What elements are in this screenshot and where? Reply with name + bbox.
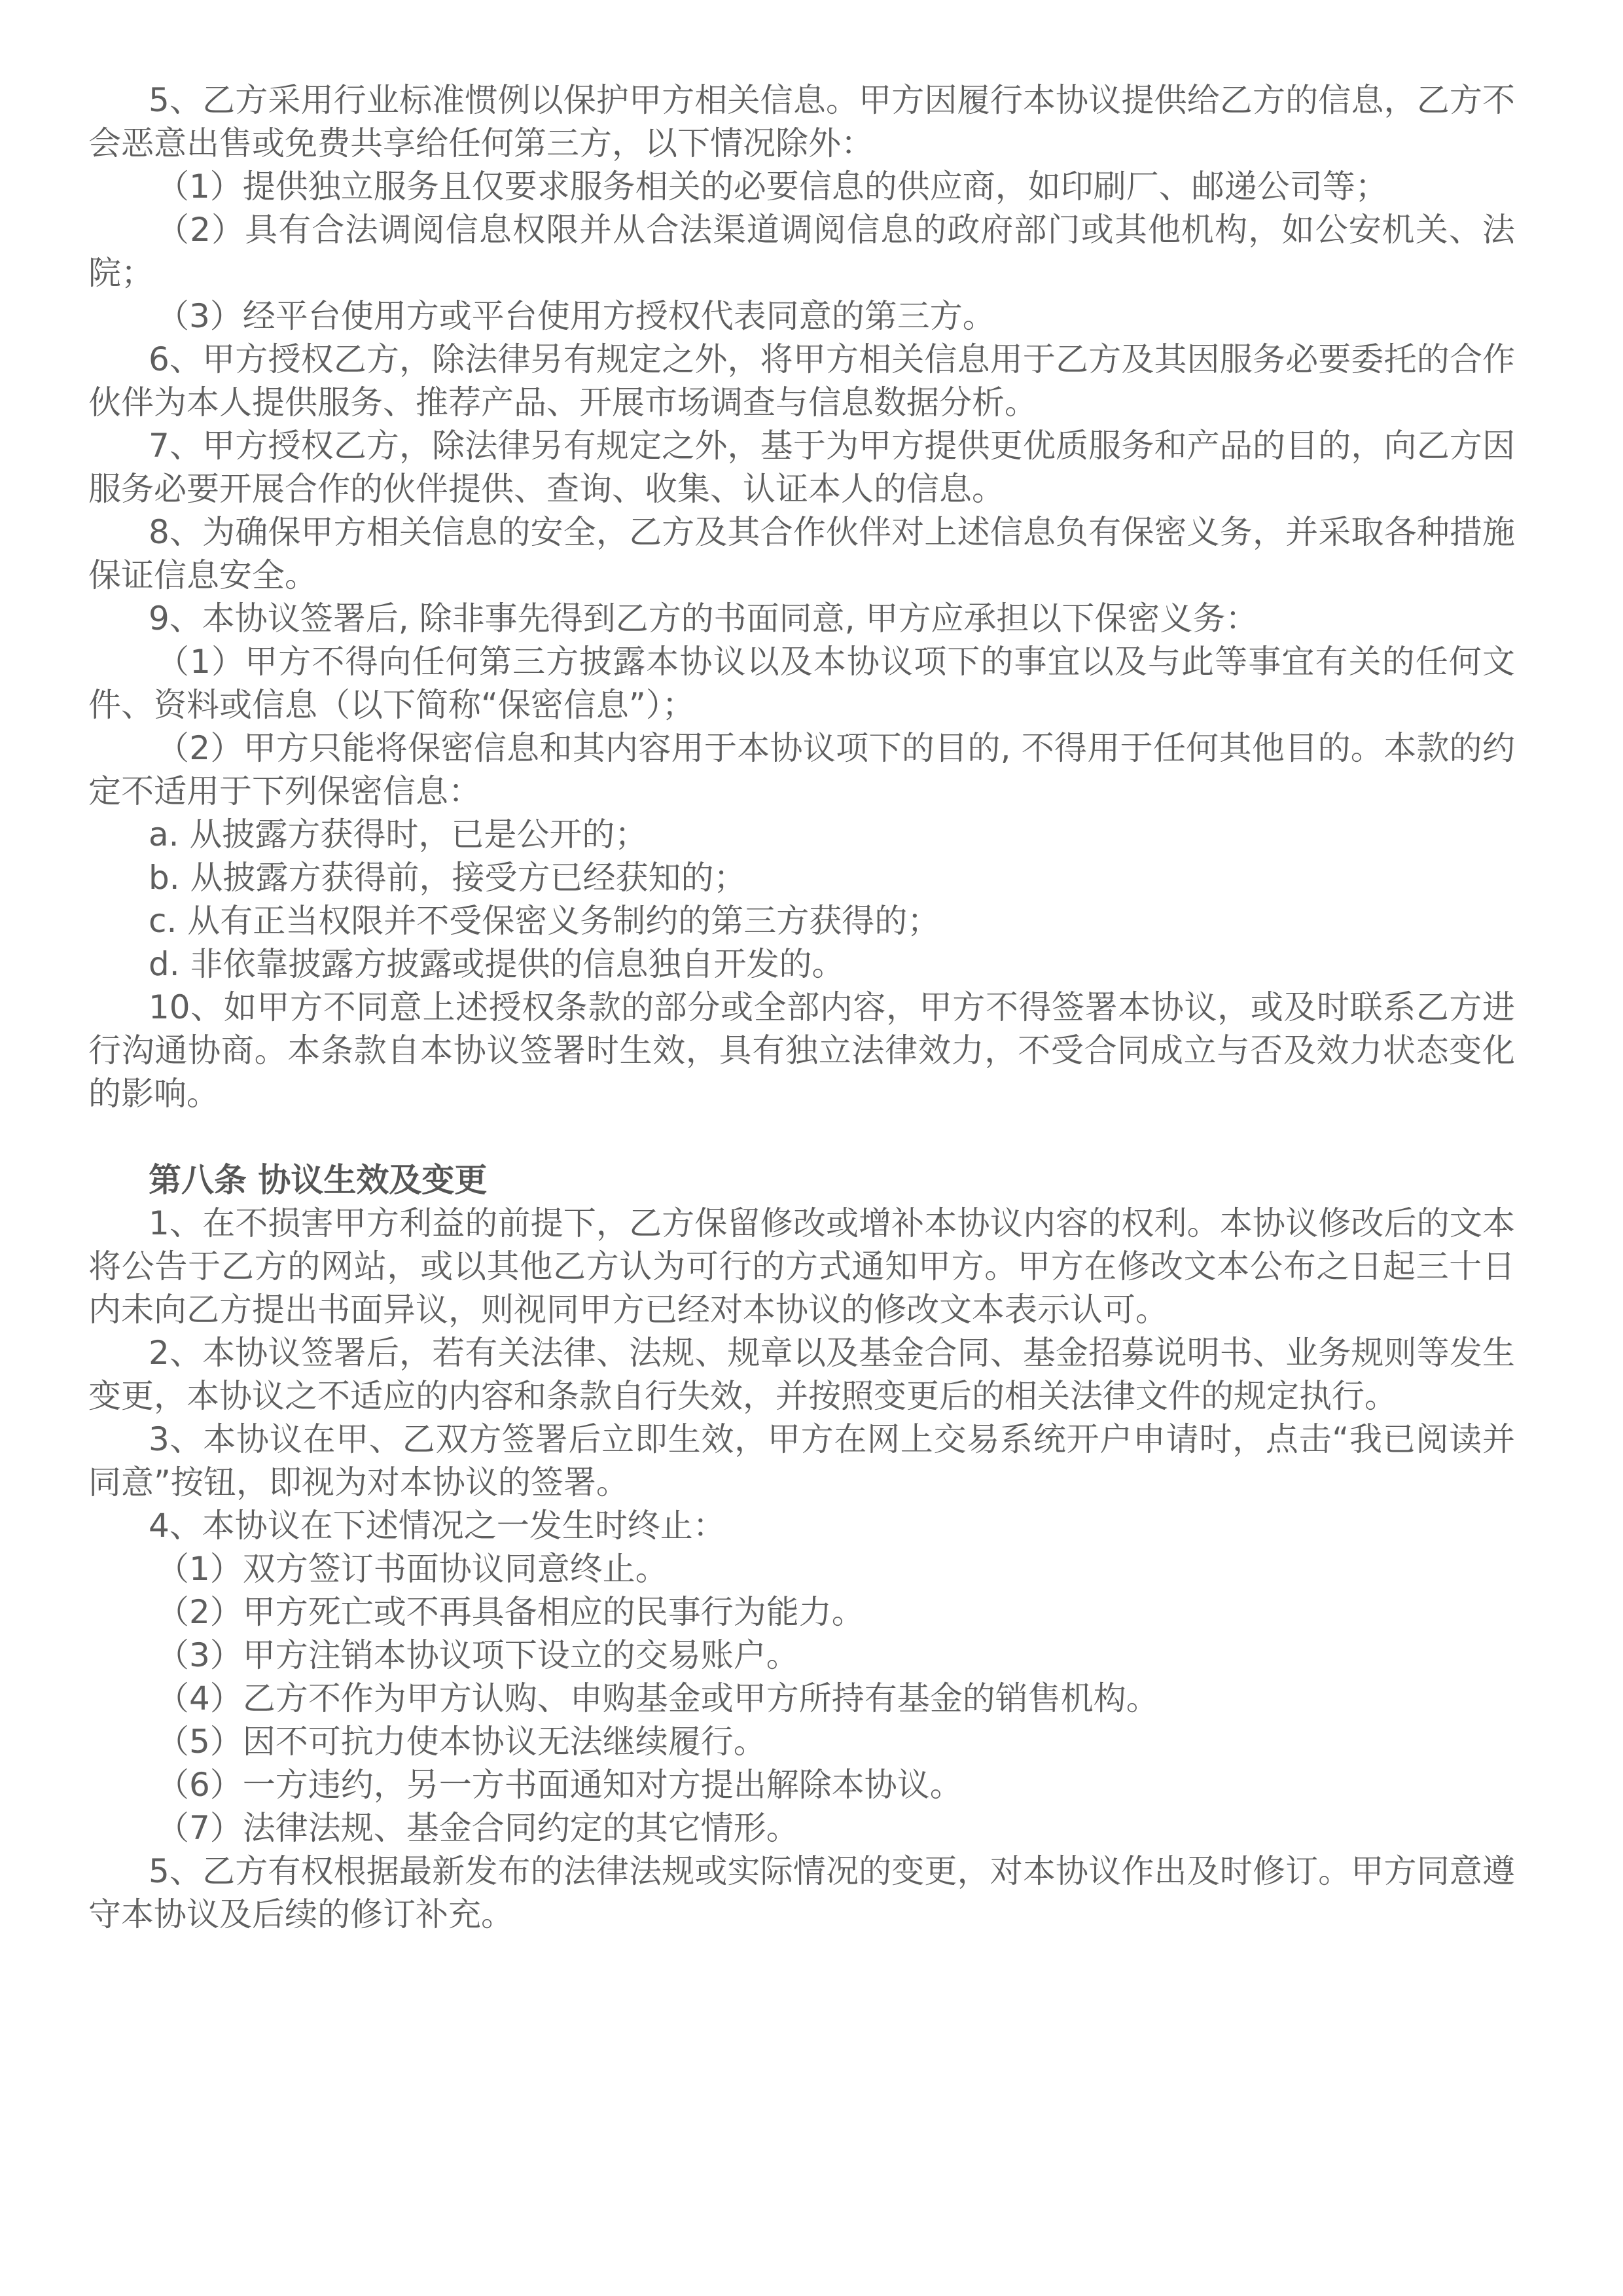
clause-8-2: 2、本协议签署后，若有关法律、法规、规章以及基金合同、基金招募说明书、业务规则等…	[88, 1331, 1515, 1418]
clause-8-4-sub-6: （6）一方违约，另一方书面通知对方提出解除本协议。	[88, 1763, 1515, 1806]
clause-7-5: 5、乙方采用行业标准惯例以保护甲方相关信息。甲方因履行本协议提供给乙方的信息，乙…	[88, 79, 1515, 165]
clause-7-5-sub-1: （1）提供独立服务且仅要求服务相关的必要信息的供应商，如印刷厂、邮递公司等；	[88, 165, 1515, 208]
clause-7-7: 7、甲方授权乙方，除法律另有规定之外，基于为甲方提供更优质服务和产品的目的，向乙…	[88, 424, 1515, 511]
clause-7-5-sub-3: （3）经平台使用方或平台使用方授权代表同意的第三方。	[88, 295, 1515, 338]
clause-7-9-exception-a: a. 从披露方获得时，已是公开的；	[88, 813, 1515, 856]
document-page: 5、乙方采用行业标准惯例以保护甲方相关信息。甲方因履行本协议提供给乙方的信息，乙…	[88, 79, 1515, 1936]
clause-7-9: 9、本协议签署后, 除非事先得到乙方的书面同意, 甲方应承担以下保密义务：	[88, 597, 1515, 640]
clause-8-1: 1、在不损害甲方利益的前提下，乙方保留修改或增补本协议内容的权利。本协议修改后的…	[88, 1202, 1515, 1331]
section-8-heading: 第八条 协议生效及变更	[88, 1158, 1515, 1202]
clause-7-10: 10、如甲方不同意上述授权条款的部分或全部内容，甲方不得签署本协议，或及时联系乙…	[88, 986, 1515, 1115]
clause-8-4-sub-3: （3）甲方注销本协议项下设立的交易账户。	[88, 1634, 1515, 1677]
clause-8-4-sub-2: （2）甲方死亡或不再具备相应的民事行为能力。	[88, 1590, 1515, 1634]
clause-7-5-sub-2: （2）具有合法调阅信息权限并从合法渠道调阅信息的政府部门或其他机构，如公安机关、…	[88, 208, 1515, 295]
clause-8-4-sub-4: （4）乙方不作为甲方认购、申购基金或甲方所持有基金的销售机构。	[88, 1677, 1515, 1720]
clause-8-3: 3、本协议在甲、乙双方签署后立即生效，甲方在网上交易系统开户申请时，点击“我已阅…	[88, 1418, 1515, 1504]
clause-8-5: 5、乙方有权根据最新发布的法律法规或实际情况的变更，对本协议作出及时修订。甲方同…	[88, 1850, 1515, 1936]
clause-7-9-sub-2: （2）甲方只能将保密信息和其内容用于本协议项下的目的, 不得用于任何其他目的。本…	[88, 726, 1515, 813]
clause-7-9-exception-b: b. 从披露方获得前，接受方已经获知的；	[88, 856, 1515, 899]
clause-8-4-sub-7: （7）法律法规、基金合同约定的其它情形。	[88, 1806, 1515, 1850]
clause-7-9-exception-d: d. 非依靠披露方披露或提供的信息独自开发的。	[88, 942, 1515, 986]
clause-8-4: 4、本协议在下述情况之一发生时终止：	[88, 1504, 1515, 1547]
clause-8-4-sub-5: （5）因不可抗力使本协议无法继续履行。	[88, 1720, 1515, 1763]
clause-7-9-exception-c: c. 从有正当权限并不受保密义务制约的第三方获得的；	[88, 899, 1515, 942]
clause-8-4-sub-1: （1）双方签订书面协议同意终止。	[88, 1547, 1515, 1590]
clause-7-8: 8、为确保甲方相关信息的安全，乙方及其合作伙伴对上述信息负有保密义务，并采取各种…	[88, 511, 1515, 597]
clause-7-6: 6、甲方授权乙方，除法律另有规定之外，将甲方相关信息用于乙方及其因服务必要委托的…	[88, 338, 1515, 424]
clause-7-9-sub-1: （1）甲方不得向任何第三方披露本协议以及本协议项下的事宜以及与此等事宜有关的任何…	[88, 640, 1515, 726]
